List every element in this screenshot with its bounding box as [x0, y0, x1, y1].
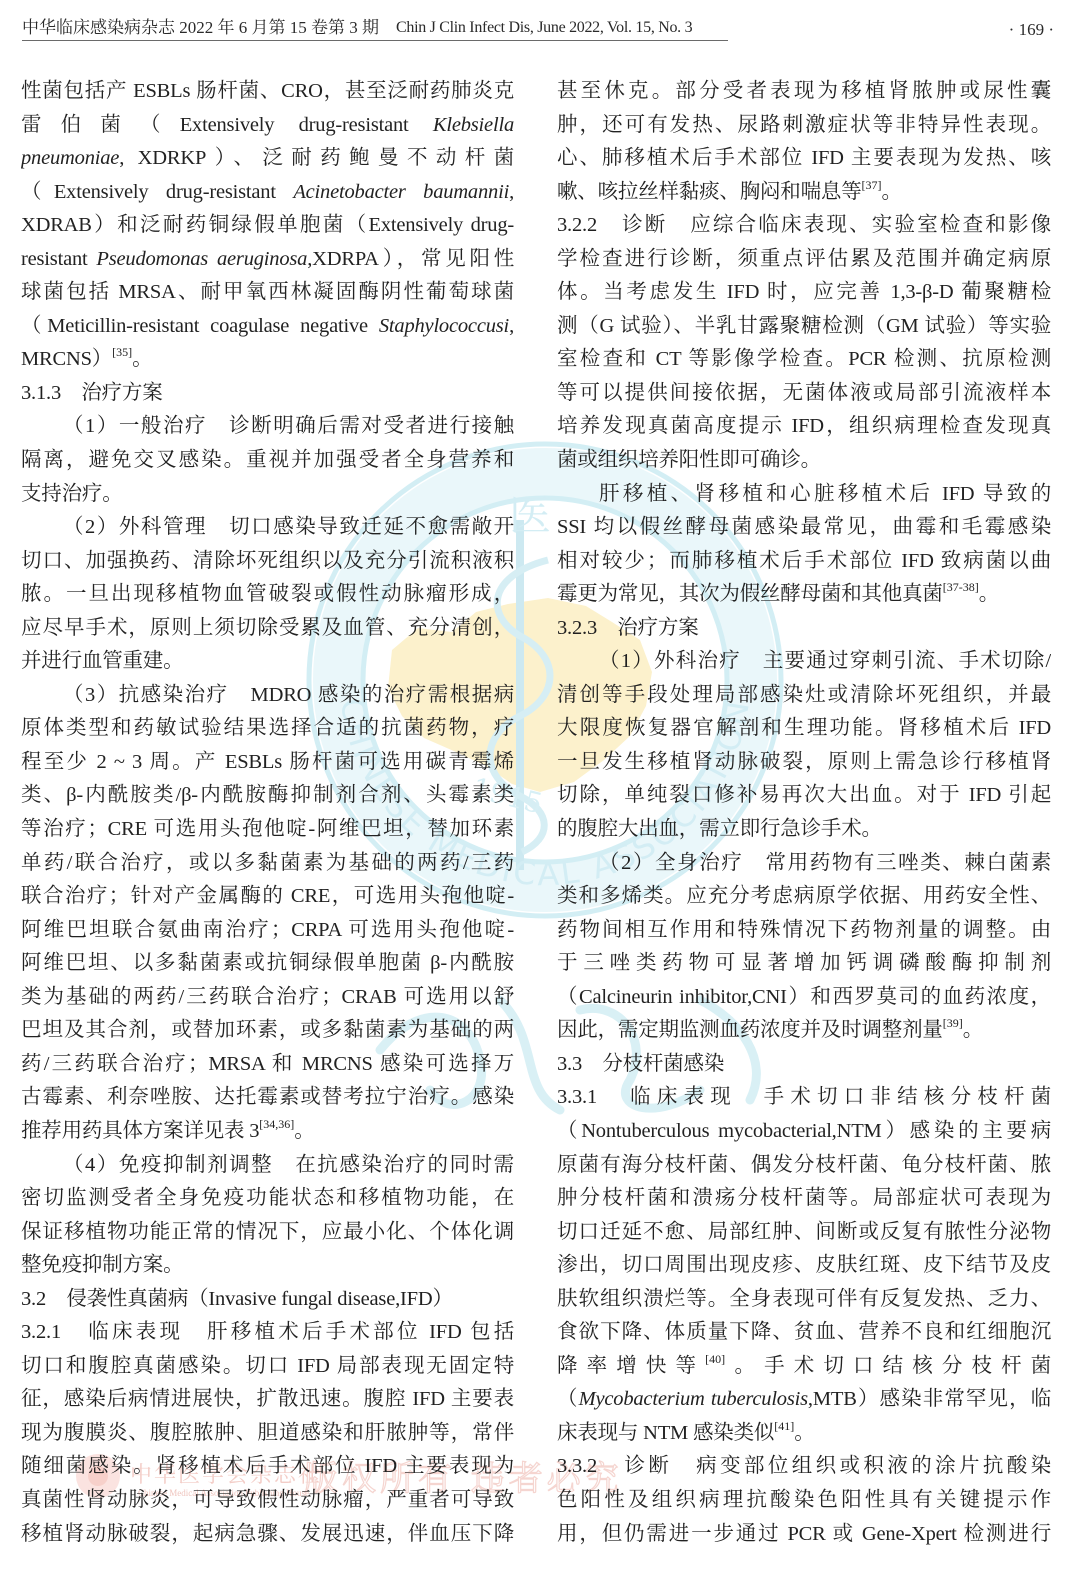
text-run: 手术切口非结核分枝杆菌	[737, 1086, 1051, 1108]
text-run: 肿，还可有发热、尿路刺激症状等非特异性表现。	[557, 114, 1051, 136]
running-header-cn: 中华临床感染病杂志 2022 年 6 月第 15 卷第 3 期	[22, 17, 379, 39]
text-line: 真菌性肾动脉炎，可导致假性动脉瘤，严重者可导致	[21, 1484, 514, 1518]
text-line: （2）外科管理 切口感染导致迁延不愈需敞开	[21, 511, 514, 545]
text-run: 甚至休克。部分受者表现为移植肾脓肿或尿性囊	[557, 80, 1051, 102]
text-line: 等可以提供间接依据，无菌体液或局部引流液样本	[557, 377, 1051, 411]
text-run: 。	[963, 1019, 983, 1041]
text-run: 菌或组织培养阳性即可确诊。	[557, 449, 821, 471]
text-run: 。	[294, 1120, 314, 1142]
text-run: MDRO 感染的治疗需根据病	[229, 684, 514, 706]
text-line: 3.3.1 临床表现 手术切口非结核分枝杆菌	[557, 1081, 1051, 1115]
section-heading: 3.2.3 治疗方案	[557, 612, 1051, 646]
text-run: 等治疗；CRE 可选用头孢他啶-阿维巴坦，替加环素	[21, 818, 514, 840]
text-line: 原菌有海分枝杆菌、偶发分枝杆菌、龟分枝杆菌、脓	[557, 1149, 1051, 1183]
text-line: 密切监测受者全身免疫功能状态和移植物功能，在	[21, 1182, 514, 1216]
text-run: 古霉素、利奈唑胺、达托霉素或替考拉宁治疗。感染	[21, 1086, 514, 1108]
citation-superscript: [37]	[862, 178, 882, 192]
text-line: 肤软组织溃烂等。全身表现可伴有反复发热、乏力、	[557, 1283, 1051, 1317]
text-line: 隔离，避免交叉感染。重视并加强受者全身营养和	[21, 444, 514, 478]
run-in-heading: 3.3 分枝杆菌感染	[557, 1053, 724, 1075]
text-line: 药/三药联合治疗；MRSA 和 MRCNS 感染可选择万	[21, 1048, 514, 1082]
text-run: 床表现与 NTM 感染类似	[557, 1422, 774, 1444]
text-run: 相对较少；而肺移植术后手术部位 IFD 致病菌以曲	[557, 550, 1051, 572]
text-line: MRCNS）[35]。	[21, 343, 514, 377]
text-line: （Extensively drug-resistant Acinetobacte…	[21, 176, 514, 210]
text-line: 室检查和 CT 等影像学检查。PCR 检测、抗原检测	[557, 343, 1051, 377]
text-run: 清创等手段处理局部感染灶或清除坏死组织，并最	[557, 684, 1051, 706]
text-run: 切除，单纯裂口修补易再次大出血。对于 IFD 引起	[557, 784, 1051, 806]
text-run: 等可以提供间接依据，无菌体液或局部引流液样本	[557, 382, 1051, 404]
text-line: 原体类型和药敏试验结果选择合适的抗菌药物，疗	[21, 712, 514, 746]
page-number: · 169 ·	[1009, 19, 1054, 41]
run-in-heading: 3.2.1 临床表现	[21, 1321, 183, 1343]
run-in-heading: 3.3.1 临床表现	[557, 1086, 737, 1108]
text-line: 体。当考虑发生 IFD 时，应完善 1,3-β-D 葡聚糖检	[557, 276, 1051, 310]
text-line: 单药/联合治疗，或以多黏菌素为基础的两药/三药	[21, 847, 514, 881]
text-line: 阿维巴坦联合氨曲南治疗；CRPA 可选用头孢他啶-	[21, 914, 514, 948]
text-run: 阿维巴坦、以多黏菌素或抗铜绿假单胞菌 β-内酰胺	[21, 952, 514, 974]
text-line: 阿维巴坦、以多黏菌素或抗铜绿假单胞菌 β-内酰胺	[21, 947, 514, 981]
run-in-heading: 3.2.2 诊断	[557, 214, 668, 236]
text-run: 降率增快等	[557, 1355, 705, 1377]
text-line: 雷伯菌（Extensively drug-resistant Klebsiell…	[21, 109, 514, 143]
text-line: 古霉素、利奈唑胺、达托霉素或替考拉宁治疗。感染	[21, 1081, 514, 1115]
text-run: 。	[794, 1422, 814, 1444]
text-run: 食欲下降、体质量下降、贫血、营养不良和红细胞沉	[557, 1321, 1051, 1343]
text-run: （Meticillin-resistant coagulase negative	[21, 315, 379, 337]
text-line: 甚至休克。部分受者表现为移植肾脓肿或尿性囊	[557, 75, 1051, 109]
text-line: （Meticillin-resistant coagulase negative…	[21, 310, 514, 344]
text-line: 球菌包括 MRSA、耐甲氧西林凝固酶阴性葡萄球菌	[21, 276, 514, 310]
text-run: 体。当考虑发生 IFD 时，应完善 1,3-β-D 葡聚糖检	[557, 281, 1051, 303]
text-run: 类为基础的两药/三药联合治疗；CRAB 可选用以舒	[21, 986, 514, 1008]
text-run: 。	[882, 181, 902, 203]
text-line: 相对较少；而肺移植术后手术部位 IFD 致病菌以曲	[557, 545, 1051, 579]
italic-term: Staphylococcusi	[379, 315, 509, 337]
text-line: 霉更为常见，其次为假丝酵母菌和其他真菌[37-38]。	[557, 578, 1051, 612]
text-run: ,	[509, 315, 514, 337]
text-run: 并进行血管重建。	[21, 650, 183, 672]
text-line: 脓。一旦出现移植物血管破裂或假性动脉瘤形成，	[21, 578, 514, 612]
text-run: 在抗感染治疗的同时需	[273, 1154, 514, 1176]
text-run: 性菌包括产 ESBLs 肠杆菌、CRO，甚至泛耐药肺炎克	[21, 80, 514, 102]
text-run: 脓。一旦出现移植物血管破裂或假性动脉瘤形成，	[21, 583, 514, 605]
citation-superscript: [37-38]	[943, 580, 979, 594]
text-line: resistant Pseudomonas aeruginosa,XDRPA），…	[21, 243, 514, 277]
text-run: 。	[132, 348, 152, 370]
citation-superscript: [35]	[112, 345, 132, 359]
text-run: 推荐用药具体方案详见表 3	[21, 1120, 259, 1142]
text-line: （1）外科治疗 主要通过穿刺引流、手术切除/	[557, 645, 1051, 679]
text-line: （Calcineurin inhibitor,CNI）和西罗莫司的血药浓度，	[557, 981, 1051, 1015]
text-line: 3.2.2 诊断 应综合临床表现、实验室检查和影像	[557, 209, 1051, 243]
run-in-heading: （1）外科治疗	[599, 650, 741, 672]
text-run: （	[557, 1388, 579, 1410]
text-run: 程至少 2 ~ 3 周。产 ESBLs 肠杆菌可选用碳青霉烯	[21, 751, 514, 773]
text-line: 嗽、咳拉丝样黏痰、胸闷和喘息等[37]。	[557, 176, 1051, 210]
text-line: 3.2.1 临床表现 肝移植术后手术部位 IFD 包括	[21, 1316, 514, 1350]
text-run: 现为腹膜炎、腹腔脓肿、胆道感染和肝脓肿等，常伴	[21, 1422, 514, 1444]
text-run: 球菌包括 MRSA、耐甲氧西林凝固酶阴性葡萄球菌	[21, 281, 514, 303]
run-in-heading: （1）一般治疗	[63, 415, 207, 437]
text-line: 类、β-内酰胺类/β-内酰胺酶抑制剂合剂、头霉素类	[21, 779, 514, 813]
text-run: 移植肾动脉破裂，起病急骤、发展迅速，伴血压下降	[21, 1523, 514, 1545]
text-run: 于三唑类药物可显著增加钙调磷酸酶抑制剂	[557, 952, 1051, 974]
text-line: （3）抗感染治疗 MDRO 感染的治疗需根据病	[21, 679, 514, 713]
text-line: 3.3.2 诊断 病变部位组织或积液的涂片抗酸染	[557, 1450, 1051, 1484]
text-run: 真菌性肾动脉炎，可导致假性动脉瘤，严重者可导致	[21, 1489, 514, 1511]
text-line: 于三唑类药物可显著增加钙调磷酸酶抑制剂	[557, 947, 1051, 981]
text-run: 用，但仍需进一步通过 PCR 或 Gene-Xpert 检测进行	[557, 1523, 1051, 1545]
text-line: 切口、加强换药、清除坏死组织以及充分引流积液积	[21, 545, 514, 579]
text-run: 类和多烯类。应充分考虑病原学依据、用药安全性、	[557, 885, 1051, 907]
text-line: 推荐用药具体方案详见表 3[34,36]。	[21, 1115, 514, 1149]
text-run: 因此，需定期监测血药浓度并及时调整剂量	[557, 1019, 943, 1041]
text-run: 诊断明确后需对受者进行接触	[207, 415, 514, 437]
text-run: 应尽早手术，原则上须切除受累及血管、充分清创，	[21, 617, 514, 639]
text-line: 联合治疗；针对产金属酶的 CRE，可选用头孢他啶-	[21, 880, 514, 914]
section-heading: 3.3 分枝杆菌感染	[557, 1048, 1051, 1082]
text-run: 切口、加强换药、清除坏死组织以及充分引流积液积	[21, 550, 514, 572]
text-line: 并进行血管重建。	[21, 645, 514, 679]
text-run: 保证移植物功能正常的情况下，应最小化、个体化调	[21, 1221, 514, 1243]
text-line: 色阳性及组织病理抗酸染色阳性具有关键提示作	[557, 1484, 1051, 1518]
text-run: 色阳性及组织病理抗酸染色阳性具有关键提示作	[557, 1489, 1051, 1511]
text-line: 降率增快等[40]。手术切口结核分枝杆菌	[557, 1350, 1051, 1384]
text-run: 切口和腹腔真菌感染。切口 IFD 局部表现无固定特	[21, 1355, 514, 1377]
text-line: 切除，单纯裂口修补易再次大出血。对于 IFD 引起	[557, 779, 1051, 813]
text-run: 学检查进行诊断，须重点评估累及范围并确定病原	[557, 248, 1051, 270]
text-run: 肿分枝杆菌和溃疡分枝杆菌等。局部症状可表现为	[557, 1187, 1051, 1209]
text-run: XDRAB）和泛耐药铜绿假单胞菌（Extensively drug-	[21, 214, 514, 236]
text-run: 征，感染后病情进展快，扩散迅速。腹腔 IFD 主要表	[21, 1388, 514, 1410]
text-run: 整免疫抑制方案。	[21, 1254, 183, 1276]
header-rule	[22, 40, 728, 41]
text-line: 切口迁延不愈、局部红肿、间断或反复有脓性分泌物	[557, 1216, 1051, 1250]
text-line: （2）全身治疗 常用药物有三唑类、棘白菌素	[557, 847, 1051, 881]
text-run: , XDRKP）、泛耐药鲍曼不动杆菌	[119, 147, 514, 169]
text-run: 药/三药联合治疗；MRSA 和 MRCNS 感染可选择万	[21, 1053, 514, 1075]
text-run: 肝移植、肾移植和心脏移植术后 IFD 导致的	[599, 483, 1051, 505]
text-line: 切口和腹腔真菌感染。切口 IFD 局部表现无固定特	[21, 1350, 514, 1384]
text-run: 切口迁延不愈、局部红肿、间断或反复有脓性分泌物	[557, 1221, 1051, 1243]
run-in-heading: 3.3.2 诊断	[557, 1455, 672, 1477]
text-run: 类、β-内酰胺类/β-内酰胺酶抑制剂合剂、头霉素类	[21, 784, 514, 806]
text-run: （Nontuberculous mycobacterial,NTM）感染的主要病	[557, 1120, 1051, 1142]
left-column: 性菌包括产 ESBLs 肠杆菌、CRO，甚至泛耐药肺炎克雷伯菌（Extensiv…	[21, 75, 514, 1551]
citation-superscript: [34,36]	[259, 1117, 294, 1131]
text-line: 心、肺移植术后手术部位 IFD 主要表现为发热、咳	[557, 142, 1051, 176]
text-run: 。	[979, 583, 999, 605]
right-column: 甚至休克。部分受者表现为移植肾脓肿或尿性囊肿，还可有发热、尿路刺激症状等非特异性…	[557, 75, 1051, 1551]
run-in-heading: （2）外科管理	[63, 516, 207, 538]
text-run: 。手术切口结核分枝杆菌	[725, 1355, 1051, 1377]
text-line: 保证移植物功能正常的情况下，应最小化、个体化调	[21, 1216, 514, 1250]
section-heading: 3.2 侵袭性真菌病（Invasive fungal disease,IFD）	[21, 1283, 514, 1317]
text-run: 雷伯菌（Extensively drug-resistant	[21, 114, 433, 136]
text-line: 菌或组织培养阳性即可确诊。	[557, 444, 1051, 478]
text-run: ,XDRPA），常见阳性	[307, 248, 514, 270]
text-line: 移植肾动脉破裂，起病急骤、发展迅速，伴血压下降	[21, 1518, 514, 1552]
text-run: 心、肺移植术后手术部位 IFD 主要表现为发热、咳	[557, 147, 1051, 169]
text-run: 测（G 试验）、半乳甘露聚糖检测（GM 试验）等实验	[557, 315, 1051, 337]
text-line: 食欲下降、体质量下降、贫血、营养不良和红细胞沉	[557, 1316, 1051, 1350]
text-run: 肝移植术后手术部位 IFD 包括	[183, 1321, 514, 1343]
text-run: SSI 均以假丝酵母菌感染最常见，曲霉和毛霉感染	[557, 516, 1051, 538]
text-run: 肤软组织溃烂等。全身表现可伴有反复发热、乏力、	[557, 1288, 1051, 1310]
text-run: 病变部位组织或积液的涂片抗酸染	[672, 1455, 1051, 1477]
text-line: SSI 均以假丝酵母菌感染最常见，曲霉和毛霉感染	[557, 511, 1051, 545]
citation-superscript: [39]	[943, 1016, 963, 1030]
text-line: 大限度恢复器官解剖和生理功能。肾移植术后 IFD	[557, 712, 1051, 746]
text-line: 清创等手段处理局部感染灶或清除坏死组织，并最	[557, 679, 1051, 713]
text-line: 床表现与 NTM 感染类似[41]。	[557, 1417, 1051, 1451]
text-run: 渗出，切口周围出现皮疹、皮肤红斑、皮下结节及皮	[557, 1254, 1051, 1276]
text-line: （4）免疫抑制剂调整 在抗感染治疗的同时需	[21, 1149, 514, 1183]
text-line: 肝移植、肾移植和心脏移植术后 IFD 导致的	[557, 478, 1051, 512]
citation-superscript: [41]	[774, 1419, 794, 1433]
text-line: 整免疫抑制方案。	[21, 1249, 514, 1283]
run-in-heading: （4）免疫抑制剂调整	[63, 1154, 273, 1176]
run-in-heading: （3）抗感染治疗	[63, 684, 229, 706]
italic-term: Pseudomonas aeruginosa	[96, 248, 307, 270]
text-line: 应尽早手术，原则上须切除受累及血管、充分清创，	[21, 612, 514, 646]
text-run: ,	[509, 181, 514, 203]
text-line: 一旦发生移植肾动脉破裂，原则上需急诊行移植肾	[557, 746, 1051, 780]
text-line: 肿，还可有发热、尿路刺激症状等非特异性表现。	[557, 109, 1051, 143]
text-line: 因此，需定期监测血药浓度并及时调整剂量[39]。	[557, 1014, 1051, 1048]
text-line: 支持治疗。	[21, 478, 514, 512]
seal-top-character: 医	[509, 491, 551, 540]
text-line: 类为基础的两药/三药联合治疗；CRAB 可选用以舒	[21, 981, 514, 1015]
text-run: 室检查和 CT 等影像学检查。PCR 检测、抗原检测	[557, 348, 1051, 370]
text-run: 嗽、咳拉丝样黏痰、胸闷和喘息等	[557, 181, 862, 203]
italic-term: pneumoniae	[21, 147, 119, 169]
text-run: resistant	[21, 248, 96, 270]
text-run: 药物间相互作用和特殊情况下药物剂量的调整。由	[557, 919, 1051, 941]
text-line: 培养发现真菌高度提示 IFD，组织病理检查发现真	[557, 410, 1051, 444]
text-line: 渗出，切口周围出现皮疹、皮肤红斑、皮下结节及皮	[557, 1249, 1051, 1283]
italic-term: Acinetobacter baumannii	[293, 181, 509, 203]
text-run: 随细菌感染。肾移植术后手术部位 IFD 主要表现为	[21, 1455, 514, 1477]
text-line: 性菌包括产 ESBLs 肠杆菌、CRO，甚至泛耐药肺炎克	[21, 75, 514, 109]
journal-page: 医 1915 CHINESE MEDICAL ASSOCIATION 中华医学会…	[0, 0, 1080, 1579]
text-line: 等治疗；CRE 可选用头孢他啶-阿维巴坦，替加环素	[21, 813, 514, 847]
run-in-heading: （2）全身治疗	[599, 852, 743, 874]
run-in-heading: 3.1.3 治疗方案	[21, 382, 163, 404]
text-run: 阿维巴坦联合氨曲南治疗；CRPA 可选用头孢他啶-	[21, 919, 514, 941]
section-heading: 3.1.3 治疗方案	[21, 377, 514, 411]
text-line: （Mycobacterium tuberculosis,MTB）感染非常罕见，临	[557, 1383, 1051, 1417]
run-in-heading: 3.2.3 治疗方案	[557, 617, 699, 639]
text-run: 常用药物有三唑类、棘白菌素	[743, 852, 1051, 874]
run-in-heading: 3.2 侵袭性真菌病（Invasive fungal disease,IFD）	[21, 1288, 453, 1310]
text-line: （Nontuberculous mycobacterial,NTM）感染的主要病	[557, 1115, 1051, 1149]
italic-term: Klebsiella	[433, 114, 514, 136]
text-run: （Calcineurin inhibitor,CNI）和西罗莫司的血药浓度，	[557, 986, 1051, 1008]
text-run: 单药/联合治疗，或以多黏菌素为基础的两药/三药	[21, 852, 514, 874]
text-run: 培养发现真菌高度提示 IFD，组织病理检查发现真	[557, 415, 1051, 437]
text-run: 原菌有海分枝杆菌、偶发分枝杆菌、龟分枝杆菌、脓	[557, 1154, 1051, 1176]
text-line: pneumoniae, XDRKP）、泛耐药鲍曼不动杆菌	[21, 142, 514, 176]
text-run: 大限度恢复器官解剖和生理功能。肾移植术后 IFD	[557, 717, 1051, 739]
text-run: 应综合临床表现、实验室检查和影像	[668, 214, 1052, 236]
text-run: 主要通过穿刺引流、手术切除/	[741, 650, 1051, 672]
text-run: （Extensively drug-resistant	[21, 181, 293, 203]
text-line: 学检查进行诊断，须重点评估累及范围并确定病原	[557, 243, 1051, 277]
text-run: 一旦发生移植肾动脉破裂，原则上需急诊行移植肾	[557, 751, 1051, 773]
text-line: 的腹腔大出血，需立即行急诊手术。	[557, 813, 1051, 847]
text-run: ,MTB）感染非常罕见，临	[808, 1388, 1051, 1410]
text-line: 测（G 试验）、半乳甘露聚糖检测（GM 试验）等实验	[557, 310, 1051, 344]
text-line: 现为腹膜炎、腹腔脓肿、胆道感染和肝脓肿等，常伴	[21, 1417, 514, 1451]
text-line: 随细菌感染。肾移植术后手术部位 IFD 主要表现为	[21, 1450, 514, 1484]
text-run: 的腹腔大出血，需立即行急诊手术。	[557, 818, 882, 840]
text-line: 类和多烯类。应充分考虑病原学依据、用药安全性、	[557, 880, 1051, 914]
text-line: 肿分枝杆菌和溃疡分枝杆菌等。局部症状可表现为	[557, 1182, 1051, 1216]
text-line: 药物间相互作用和特殊情况下药物剂量的调整。由	[557, 914, 1051, 948]
italic-term: Mycobacterium tuberculosis	[579, 1388, 808, 1410]
text-line: 程至少 2 ~ 3 周。产 ESBLs 肠杆菌可选用碳青霉烯	[21, 746, 514, 780]
text-run: 霉更为常见，其次为假丝酵母菌和其他真菌	[557, 583, 943, 605]
text-run: 隔离，避免交叉感染。重视并加强受者全身营养和	[21, 449, 514, 471]
text-line: 用，但仍需进一步通过 PCR 或 Gene-Xpert 检测进行	[557, 1518, 1051, 1552]
text-run: 切口感染导致迁延不愈需敞开	[207, 516, 514, 538]
running-header-en: Chin J Clin Infect Dis, June 2022, Vol. …	[396, 17, 692, 39]
text-run: 密切监测受者全身免疫功能状态和移植物功能，在	[21, 1187, 514, 1209]
text-run: 原体类型和药敏试验结果选择合适的抗菌药物，疗	[21, 717, 514, 739]
text-line: 巴坦及其合剂，或替加环素，或多黏菌素为基础的两	[21, 1014, 514, 1048]
text-line: 征，感染后病情进展快，扩散迅速。腹腔 IFD 主要表	[21, 1383, 514, 1417]
text-run: 巴坦及其合剂，或替加环素，或多黏菌素为基础的两	[21, 1019, 514, 1041]
text-line: XDRAB）和泛耐药铜绿假单胞菌（Extensively drug-	[21, 209, 514, 243]
citation-superscript: [40]	[705, 1352, 725, 1366]
text-line: （1）一般治疗 诊断明确后需对受者进行接触	[21, 410, 514, 444]
text-run: MRCNS）	[21, 348, 112, 370]
text-run: 联合治疗；针对产金属酶的 CRE，可选用头孢他啶-	[21, 885, 514, 907]
text-run: 支持治疗。	[21, 483, 123, 505]
